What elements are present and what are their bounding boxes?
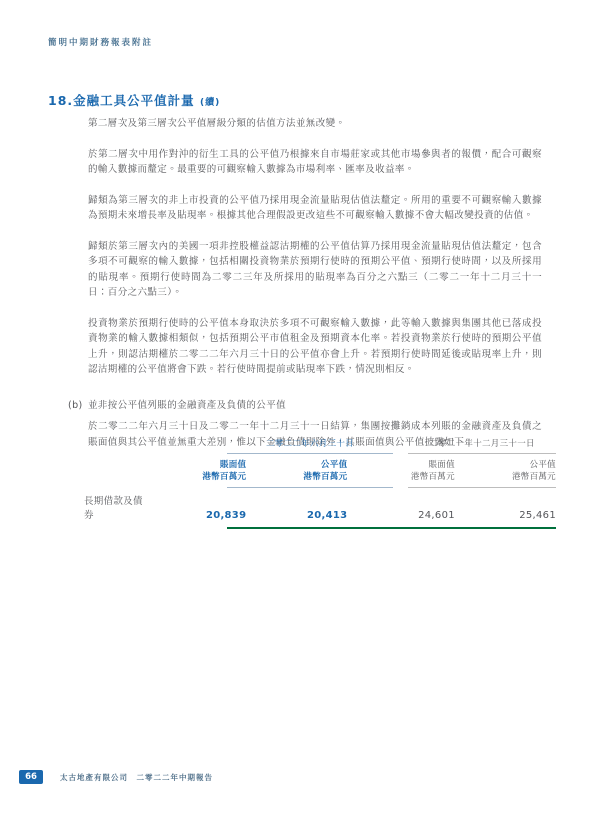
subsection-b-label: (b): [68, 398, 83, 414]
column-label: 公平值: [321, 460, 347, 470]
section-number: 18.: [48, 93, 73, 108]
subsection-b-title: 並非按公平值列賬的金融資產及負債的公平值: [88, 400, 286, 411]
rule-2021: [408, 487, 556, 488]
rule-2022: [227, 487, 393, 488]
page-header-title: 簡明中期財務報表附註: [48, 36, 153, 48]
page-footer: 66 太古地產有限公司 二零二二年中期報告: [19, 770, 579, 784]
column-unit: 港幣百萬元: [455, 471, 556, 483]
table-group-title-2021: 二零二一年十二月三十一日: [408, 437, 556, 454]
column-unit: 港幣百萬元: [354, 471, 455, 483]
paragraph: 歸類於第三層次內的美國一項非控股權益認沽期權的公平值估算乃採用現金流量貼現估值法…: [88, 239, 542, 301]
cell-carrying-2022: 20,839: [145, 510, 246, 521]
paragraph: 投資物業於預期行使時的公平值本身取決於多項不可觀察輸入數據，此等輸入數據與集團其…: [88, 316, 542, 378]
cell-carrying-2021: 24,601: [354, 510, 455, 521]
fair-value-table: 二零二二年六月三十日 二零二一年十二月三十一日 賬面值 港幣百萬元 公平值 港幣…: [84, 437, 556, 529]
row-label: 長期借款及債券: [84, 493, 145, 521]
column-label: 賬面值: [429, 460, 455, 470]
subsection-b-heading: (b) 並非按公平值列賬的金融資產及負債的公平值: [88, 398, 542, 414]
column-label: 公平值: [530, 460, 556, 470]
column-unit: 港幣百萬元: [246, 471, 347, 483]
cell-fair-2022: 20,413: [246, 510, 347, 521]
section-title: 金融工具公平值計量: [73, 93, 195, 108]
column-label: 賬面值: [220, 460, 246, 470]
table-column-header: 賬面值 港幣百萬元: [354, 454, 455, 483]
column-unit: 港幣百萬元: [145, 471, 246, 483]
green-rule: [227, 527, 556, 529]
section-heading: 18.金融工具公平值計量 (續): [48, 91, 220, 109]
table-subheader-row: 賬面值 港幣百萬元 公平值 港幣百萬元 賬面值 港幣百萬元 公平值 港幣百萬元: [84, 454, 556, 483]
paragraph: 第二層次及第三層次公平值層級分類的估值方法並無改變。: [88, 116, 542, 132]
page-number-badge: 66: [19, 770, 43, 784]
table-column-header: 賬面值 港幣百萬元: [145, 454, 246, 483]
table-group-header-row: 二零二二年六月三十日 二零二一年十二月三十一日: [84, 437, 556, 454]
footer-report-title: 太古地產有限公司 二零二二年中期報告: [60, 772, 213, 783]
table-column-header: 公平值 港幣百萬元: [455, 454, 556, 483]
table-bottom-rule: [84, 527, 556, 529]
section-title-suffix: (續): [200, 98, 220, 108]
table-row: 長期借款及債券 20,839 20,413 24,601 25,461: [84, 488, 556, 527]
table-column-header: 公平值 港幣百萬元: [246, 454, 347, 483]
paragraph: 於第二層次中用作對沖的衍生工具的公平值乃根據來自市場莊家或其他市場參與者的報價，…: [88, 147, 542, 178]
note-body: 第二層次及第三層次公平值層級分類的估值方法並無改變。 於第二層次中用作對沖的衍生…: [88, 116, 542, 465]
table-group-title-2022: 二零二二年六月三十日: [227, 437, 393, 454]
cell-fair-2021: 25,461: [455, 510, 556, 521]
paragraph: 歸類為第三層次的非上市投資的公平值乃採用現金流量貼現估值法釐定。所用的重要不可觀…: [88, 193, 542, 224]
